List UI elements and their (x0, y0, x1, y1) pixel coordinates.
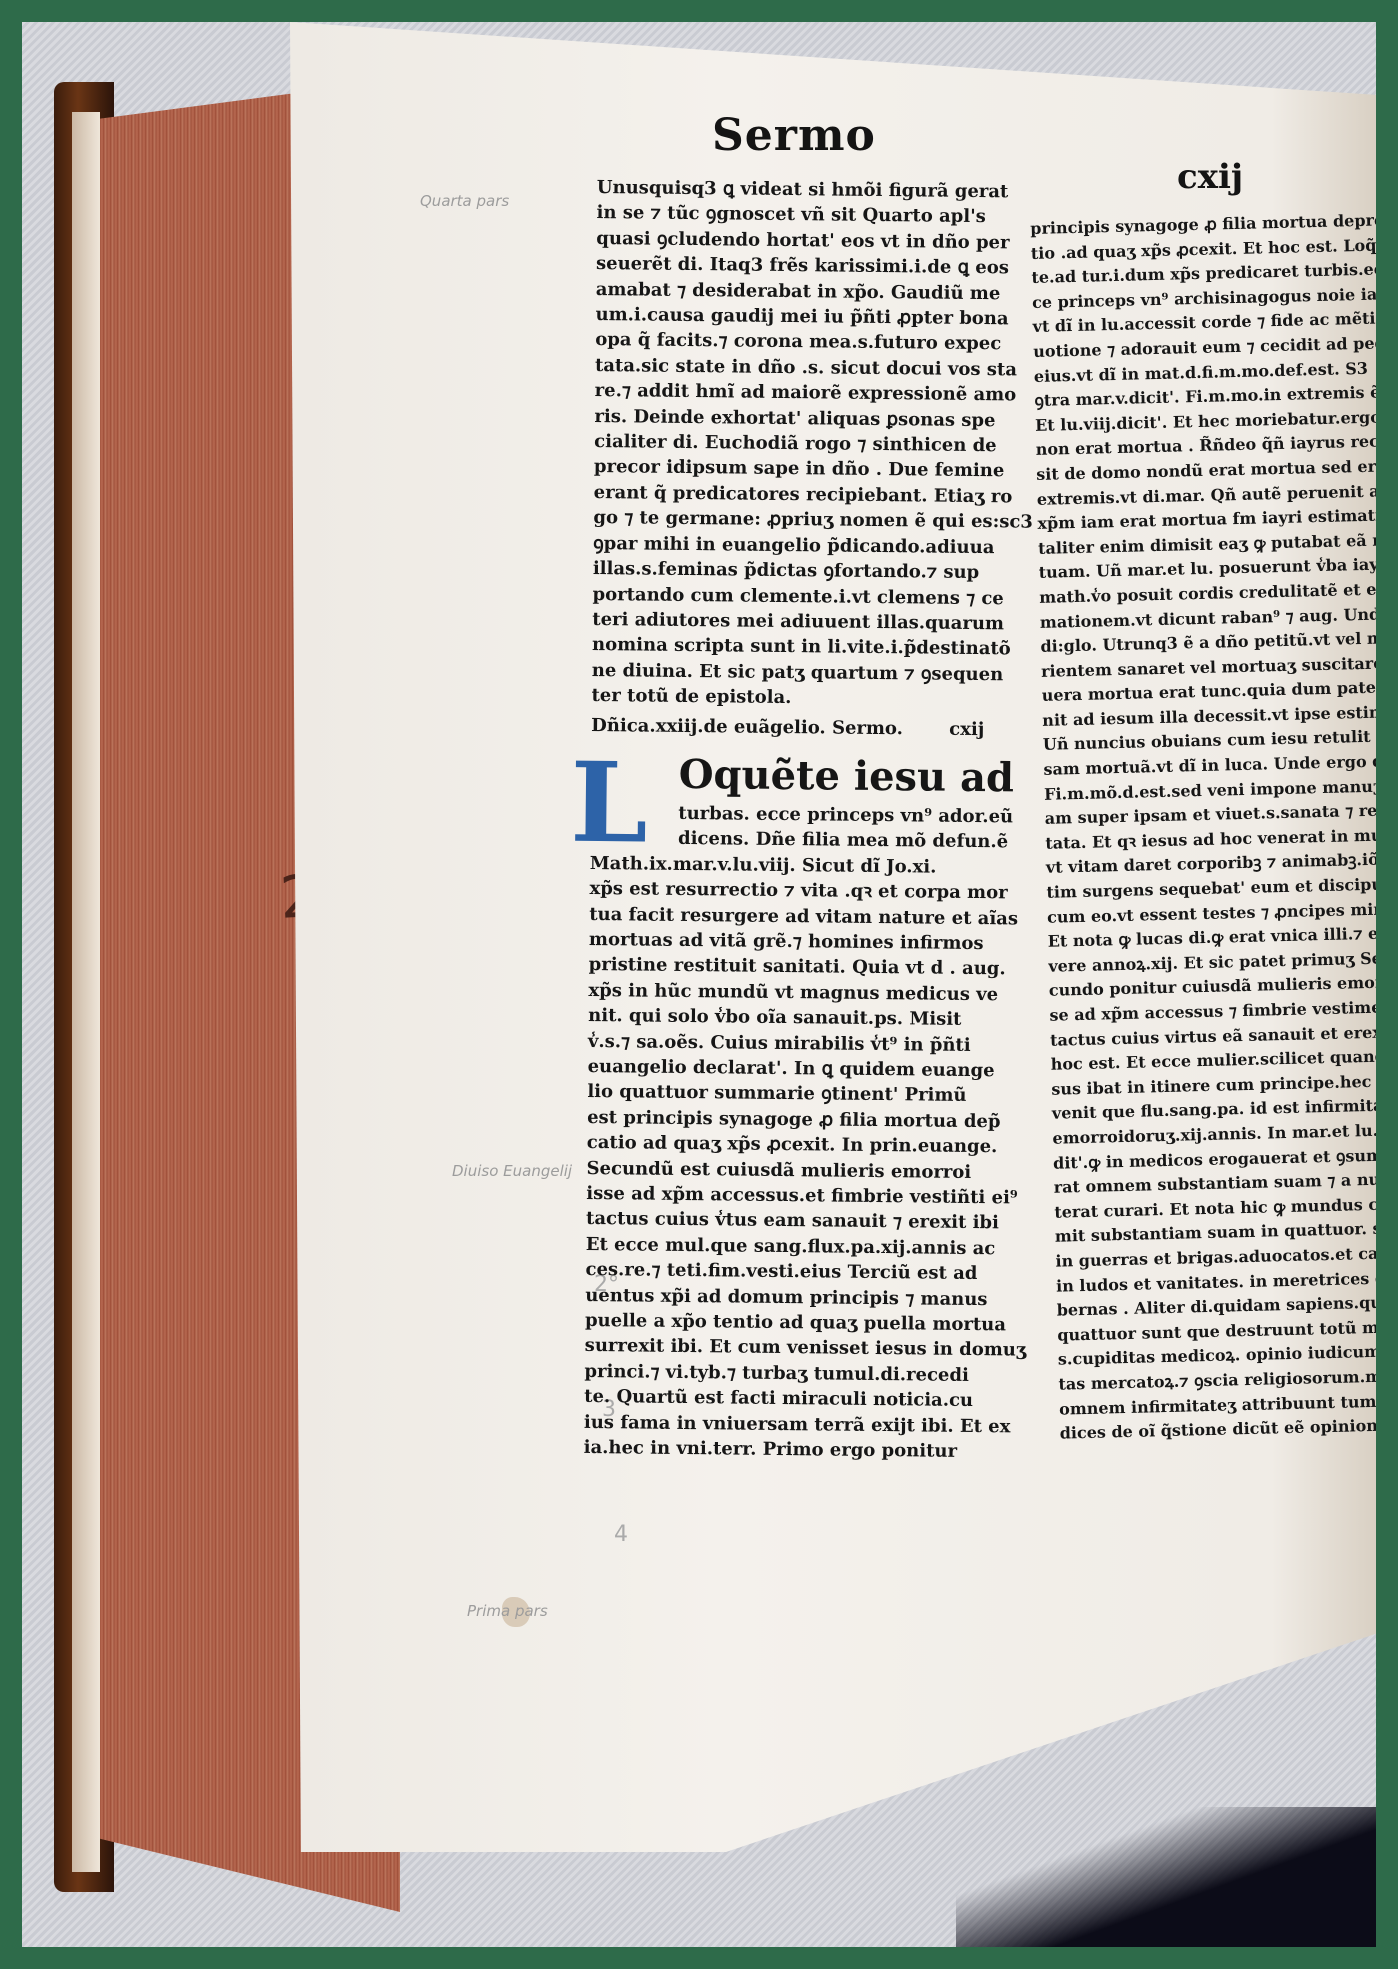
blue-initial-letter: L (570, 748, 648, 859)
cloth-shadow (956, 1807, 1376, 1947)
incipit-block: L Oquẽte iesu ad turbas. ecce princeps v… (590, 748, 1032, 855)
marginal-note: Quarta pars (420, 192, 509, 210)
marginal-note: Prima pars (467, 1602, 548, 1620)
running-head: Sermo (712, 110, 876, 161)
text-line: illas.s.feminas p̃dictas ꝯfortando.⁊ sup (593, 556, 1035, 586)
marginal-note: Diuiso Euangelij (452, 1162, 572, 1180)
endpaper (72, 112, 100, 1872)
text-line: ia.hec in vni.terr. Primo ergo ponitur (584, 1435, 1026, 1465)
incipit-text: Oquẽte iesu ad (678, 749, 1032, 805)
text-line: dicens. Dñe filia mea mõ defun.ẽ (678, 826, 1032, 855)
section-heading: Dñica.xxiij.de euãgelio. Sermo. cxij (591, 713, 1033, 743)
text-line: turbas. ecce princeps vn⁹ ador.eũ (678, 801, 1032, 830)
folio-number: cxij (1177, 157, 1243, 197)
text-line: ter totũ de epistola. (591, 683, 1033, 713)
text-column-right: principis synagoge ꝓ filia mortua deprẽc… (1030, 207, 1376, 1446)
section-heading-text: Dñica.xxiij.de euãgelio. Sermo. (591, 715, 903, 739)
section-heading-number: cxij (949, 718, 984, 739)
margin-numeral: 4 (614, 1522, 628, 1547)
photograph: 26 Sermo cxij Quarta pars Diuiso Euangel… (22, 22, 1376, 1947)
text-column-left: Unusquisq3 ꝗ videat si hmõi figurã gerat… (584, 175, 1039, 1465)
